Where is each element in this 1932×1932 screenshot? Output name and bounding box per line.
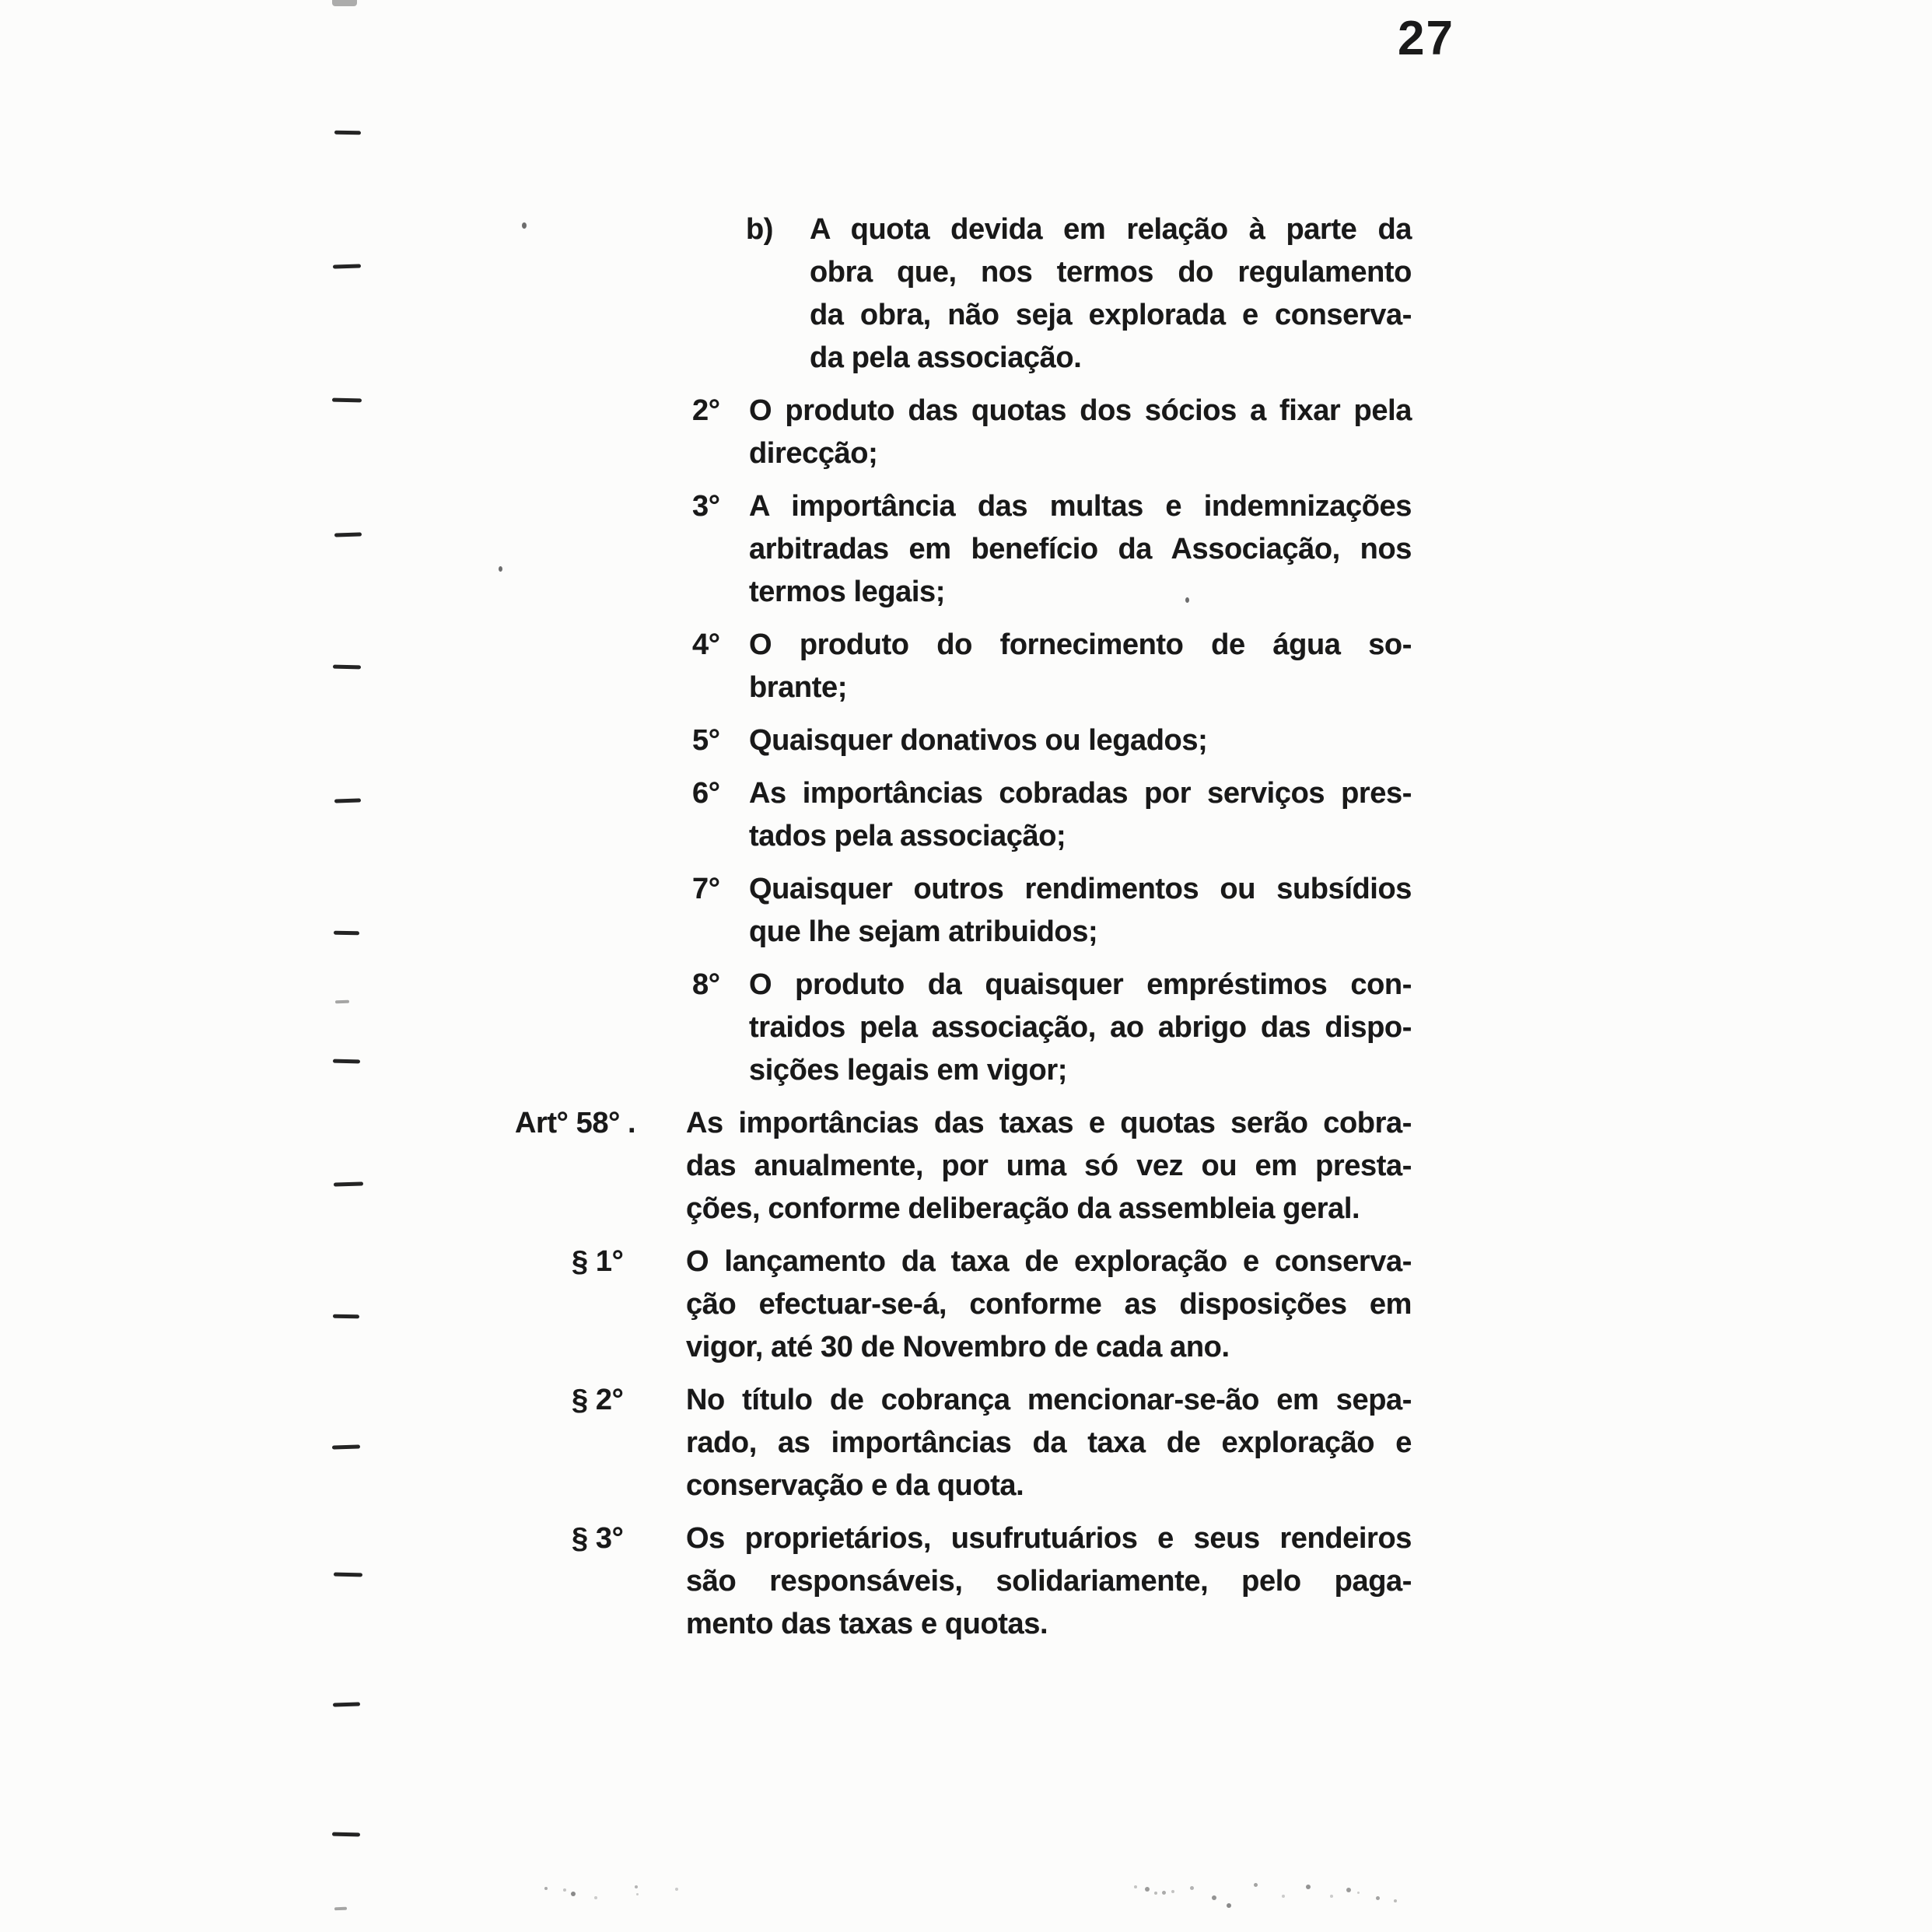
text-block-par-1: § 1°O lançamento da taxa de exploração e… [515,1241,1412,1369]
margin-dash [333,1702,360,1706]
block-label-item-3: 3° [692,485,720,528]
margin-dash [334,532,362,537]
text-line: A importância das multas e indemnizações [749,485,1412,528]
text-block-item-4: 4°O produto do fornecimento de água so-b… [515,624,1412,709]
smudge-dot [1162,1891,1166,1895]
block-body-par-2: No título de cobrança mencionar-se-ão em… [686,1379,1412,1507]
margin-dash [334,931,359,936]
margin-dash [334,1907,347,1911]
smudge-dot [1145,1887,1150,1892]
block-body-item-7: Quaisquer outros rendimentos ou subsídio… [749,868,1412,954]
smudge-dot [675,1888,678,1891]
smudge-dot [635,1885,638,1888]
block-label-item-5: 5° [692,719,720,762]
margin-dash [334,798,361,803]
text-line: conservação e da quota. [686,1465,1412,1507]
smudge-dot [1171,1890,1174,1893]
margin-dash [333,665,361,670]
margin-dash [333,1314,359,1319]
block-label-item-7: 7° [692,868,720,911]
page-number: 27 [1398,11,1454,66]
text-block-item-3: 3°A importância das multas e indemnizaçõ… [515,485,1412,614]
text-line: O produto das quotas dos sócios a fixar … [749,390,1412,432]
text-line: direcção; [749,432,1412,475]
scanned-document-page: 27 b)A quota devida em relação à parte d… [0,0,1932,1932]
text-line: são responsáveis, solidariamente, pelo p… [686,1560,1412,1603]
text-block-item-7: 7°Quaisquer outros rendimentos ou subsíd… [515,868,1412,954]
smudge-dot [1212,1895,1216,1900]
block-body-item-6: As importâncias cobradas por serviços pr… [749,772,1412,858]
scan-speck [1185,597,1189,603]
text-line: tados pela associação; [749,815,1412,858]
scan-speck [522,222,527,229]
smudge-dot [563,1888,566,1892]
block-body-item-5: Quaisquer donativos ou legados; [749,719,1412,762]
text-line: que lhe sejam atribuidos; [749,911,1412,954]
block-body-par-1: O lançamento da taxa de exploração e con… [686,1241,1412,1369]
block-body-item-4: O produto do fornecimento de água so-bra… [749,624,1412,709]
margin-dash [332,398,362,403]
margin-dash [335,1000,349,1004]
text-line: da obra, não seja explorada e conserva- [810,294,1412,337]
block-label-item-b: b) [746,208,773,251]
block-label-par-3: § 3° [572,1517,623,1560]
margin-dash [334,1181,363,1186]
block-label-art-58: Art° 58° . [515,1102,635,1145]
text-line: No título de cobrança mencionar-se-ão em… [686,1379,1412,1422]
text-block-art-58: Art° 58° .As importâncias das taxas e qu… [515,1102,1412,1230]
text-line: A quota devida em relação à parte da [810,208,1412,251]
text-line: As importâncias cobradas por serviços pr… [749,772,1412,815]
text-line: Quaisquer outros rendimentos ou subsídio… [749,868,1412,911]
block-body-art-58: As importâncias das taxas e quotas serão… [686,1102,1412,1230]
text-line: vigor, até 30 de Novembro de cada ano. [686,1326,1412,1369]
scan-speck [499,566,502,572]
smudge-dot [1282,1895,1285,1898]
block-label-item-4: 4° [692,624,720,667]
block-label-par-1: § 1° [572,1241,623,1283]
margin-dash [333,1059,360,1064]
block-body-item-2: O produto das quotas dos sócios a fixar … [749,390,1412,475]
text-line: mento das taxas e quotas. [686,1603,1412,1646]
smudge-dot [594,1896,597,1899]
text-block-item-2: 2°O produto das quotas dos sócios a fixa… [515,390,1412,475]
text-line: O produto da quaisquer empréstimos con- [749,964,1412,1006]
block-label-par-2: § 2° [572,1379,623,1422]
top-edge-mark [332,0,357,6]
text-line: obra que, nos termos do regulamento [810,251,1412,294]
text-line: O produto do fornecimento de água so- [749,624,1412,667]
text-line: Os proprietários, usufrutuários e seus r… [686,1517,1412,1560]
block-body-par-3: Os proprietários, usufrutuários e seus r… [686,1517,1412,1646]
smudge-dot [1190,1886,1194,1890]
smudge-dot [1227,1903,1231,1908]
text-line: arbitradas em benefício da Associação, n… [749,528,1412,571]
smudge-dot [571,1892,576,1896]
text-block-item-5: 5°Quaisquer donativos ou legados; [515,719,1412,762]
text-line: As importâncias das taxas e quotas serão… [686,1102,1412,1145]
smudge-dot [1346,1888,1351,1892]
smudge-dot [1357,1892,1360,1894]
block-label-item-6: 6° [692,772,720,815]
block-body-item-b: A quota devida em relação à parte daobra… [810,208,1412,380]
margin-dash [332,1832,360,1837]
text-line: Quaisquer donativos ou legados; [749,719,1412,762]
text-line: ções, conforme deliberação da assembleia… [686,1188,1412,1230]
margin-dash [334,131,361,135]
block-label-item-2: 2° [692,390,720,432]
text-line: termos legais; [749,571,1412,614]
smudge-dot [1330,1895,1333,1898]
margin-dash [334,1573,362,1577]
margin-dash [333,264,361,268]
smudge-dot [1254,1883,1258,1887]
smudge-dot [544,1887,548,1890]
text-line: brante; [749,667,1412,709]
margin-dash [332,1444,360,1449]
text-line: O lançamento da taxa de exploração e con… [686,1241,1412,1283]
text-line: rado, as importâncias da taxa de explora… [686,1422,1412,1465]
smudge-dot [1306,1885,1311,1889]
text-line: ção efectuar-se-á, conforme as disposiçõ… [686,1283,1412,1326]
text-block-par-2: § 2°No título de cobrança mencionar-se-ã… [515,1379,1412,1507]
smudge-dot [1394,1899,1397,1902]
text-line: sições legais em vigor; [749,1049,1412,1092]
text-block-par-3: § 3°Os proprietários, usufrutuários e se… [515,1517,1412,1646]
text-line: das anualmente, por uma só vez ou em pre… [686,1145,1412,1188]
text-line: traidos pela associação, ao abrigo das d… [749,1006,1412,1049]
text-block-item-8: 8°O produto da quaisquer empréstimos con… [515,964,1412,1092]
document-text-content: b)A quota devida em relação à parte daob… [515,208,1412,1656]
smudge-dot [1376,1896,1380,1900]
text-line: da pela associação. [810,337,1412,380]
block-label-item-8: 8° [692,964,720,1006]
text-block-item-b: b)A quota devida em relação à parte daob… [515,208,1412,380]
block-body-item-3: A importância das multas e indemnizações… [749,485,1412,614]
smudge-dot [636,1893,639,1895]
smudge-dot [1154,1892,1157,1895]
block-body-item-8: O produto da quaisquer empréstimos con-t… [749,964,1412,1092]
smudge-dot [1134,1885,1137,1888]
text-block-item-6: 6°As importâncias cobradas por serviços … [515,772,1412,858]
